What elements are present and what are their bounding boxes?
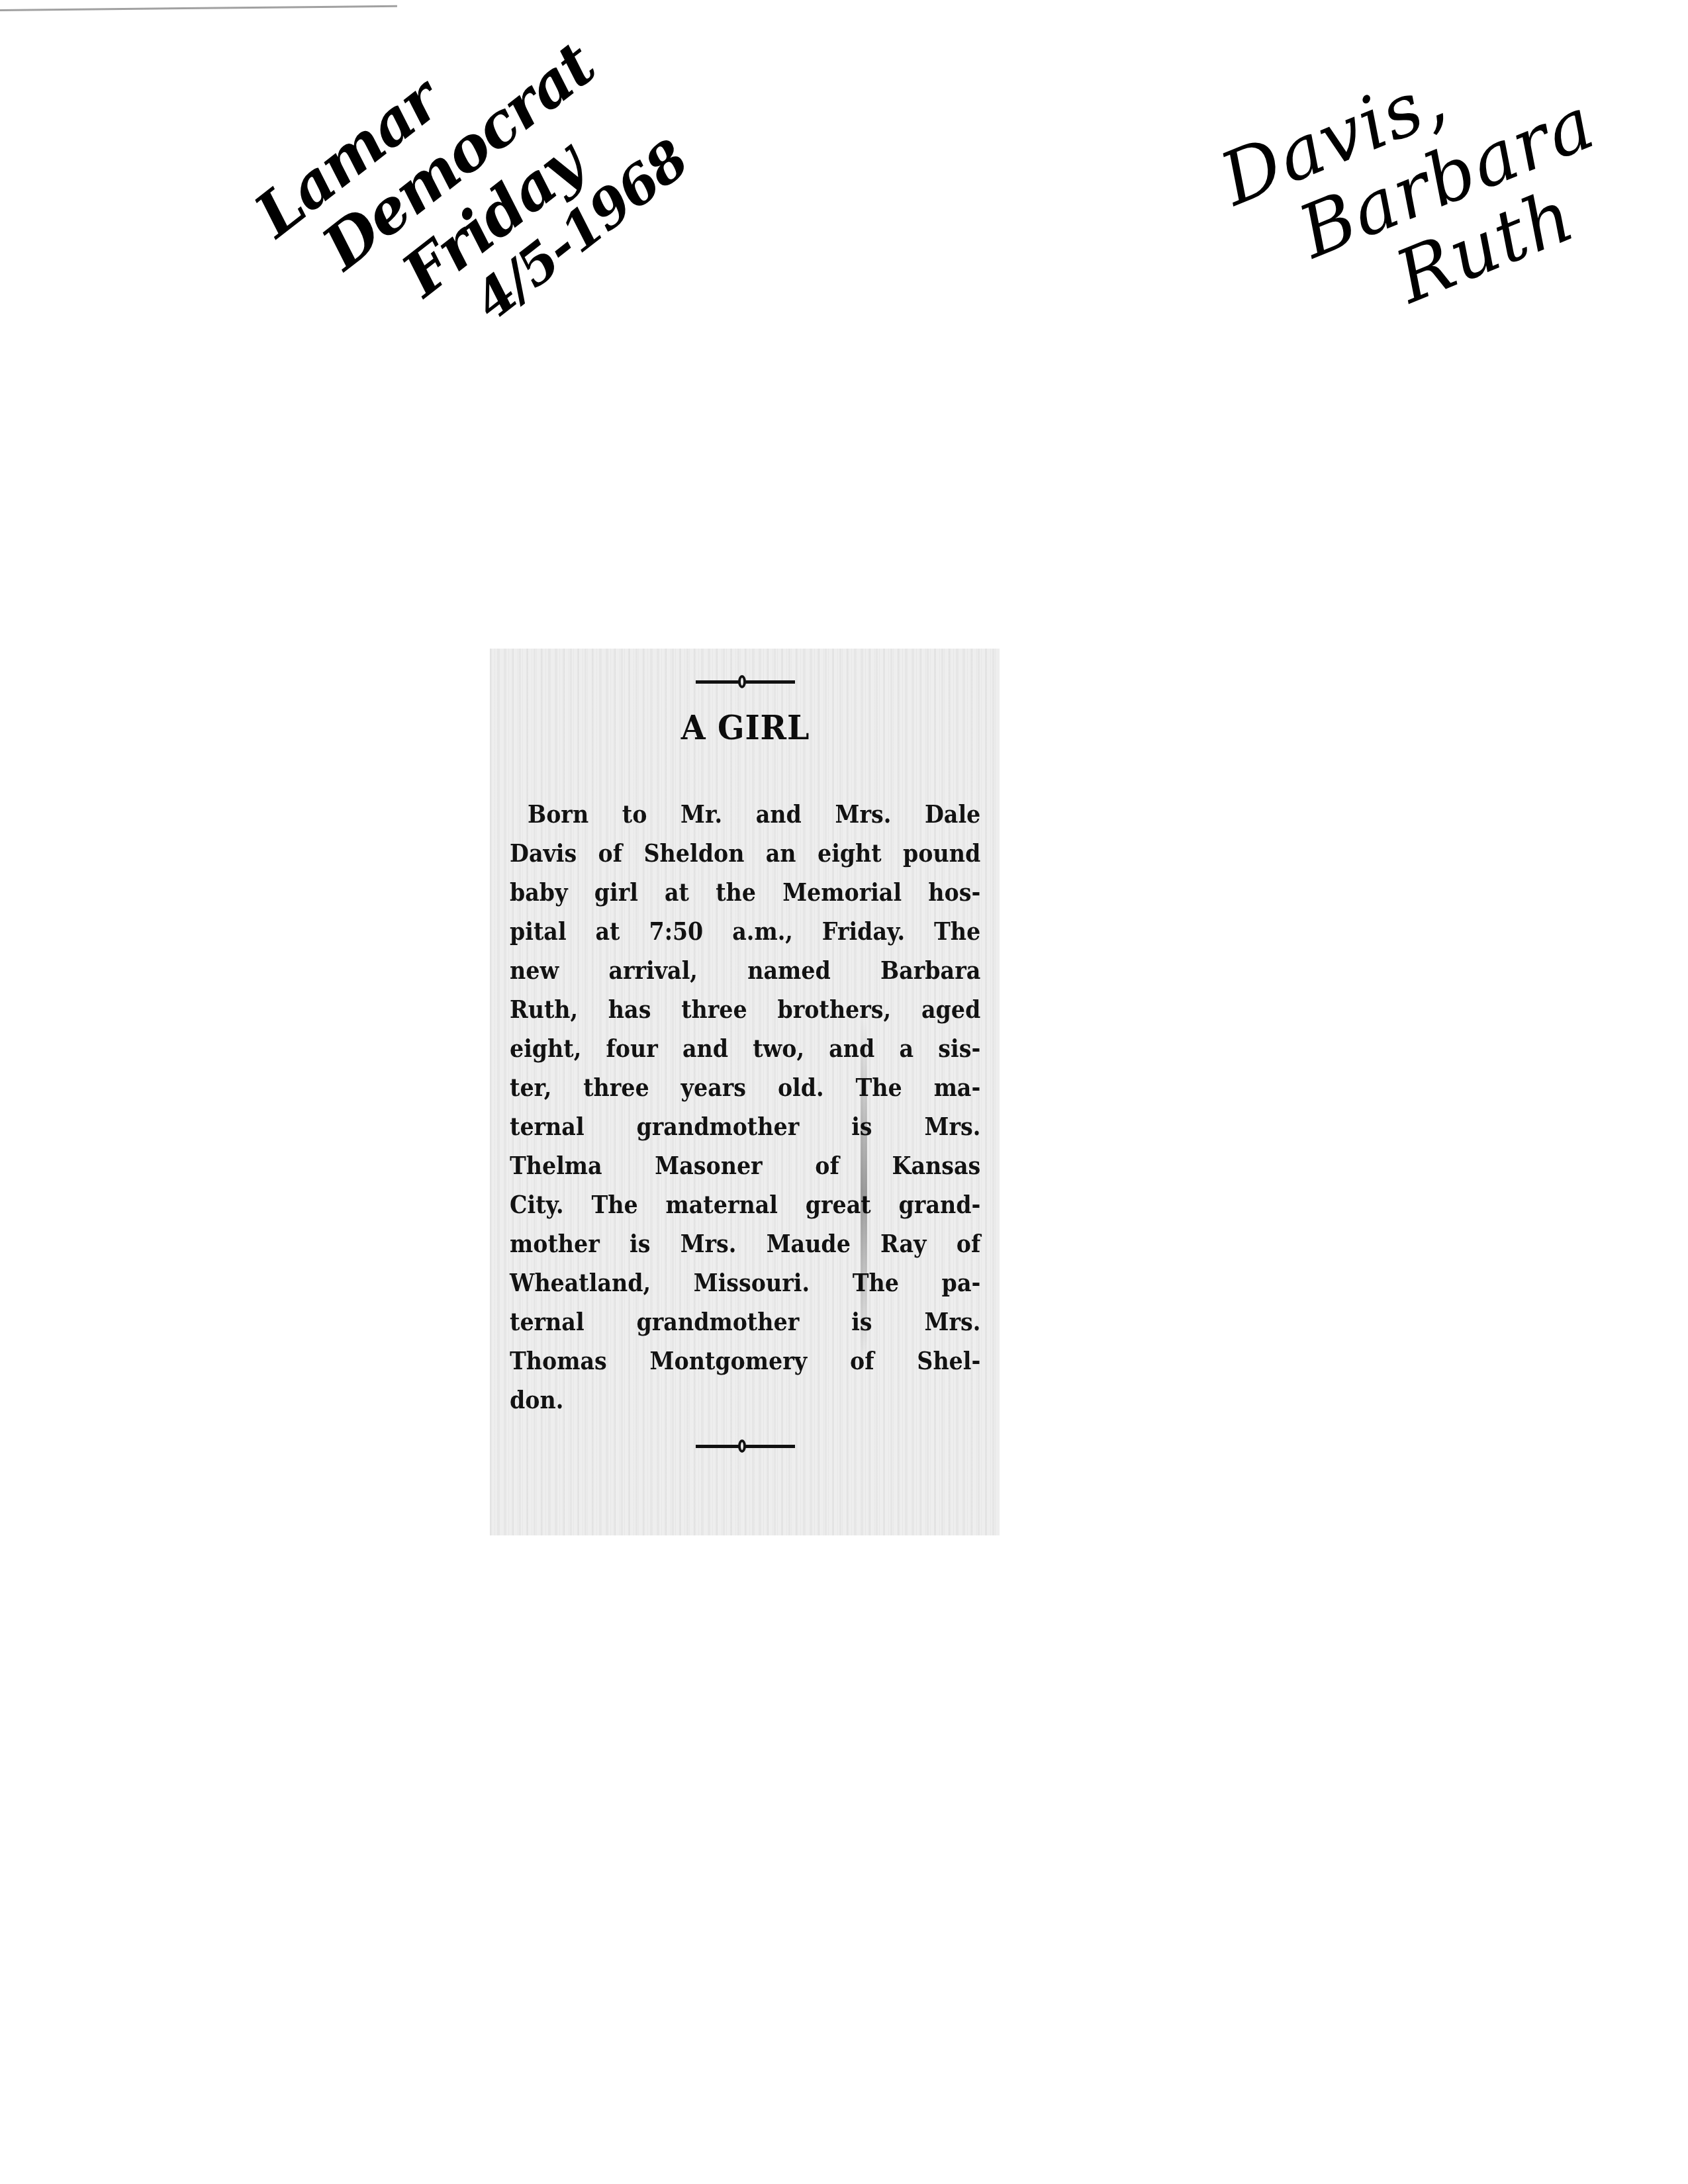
clipping-line: Thelma Masoner of Kansas <box>510 1146 980 1185</box>
clipping-line: new arrival, named Barbara <box>510 951 980 990</box>
clipping-line: Born to Mr. and Mrs. Dale <box>510 795 980 834</box>
clipping-line: Wheatland, Missouri. The pa- <box>510 1263 980 1302</box>
handwritten-source-note: Lamar Democrat Friday 4/5-1968 <box>245 0 696 402</box>
clipping-line: baby girl at the Memorial hos- <box>510 873 980 912</box>
clipping-line: Davis of Sheldon an eight pound <box>510 834 980 873</box>
clipping-line: eight, four and two, and a sis- <box>510 1029 980 1068</box>
clipping-body: Born to Mr. and Mrs. Dale Davis of Sheld… <box>510 795 981 1420</box>
clipping-line: Ruth, has three brothers, aged <box>510 990 980 1029</box>
clipping-line: Thomas Montgomery of Shel- <box>510 1342 980 1381</box>
clipping-line: pital at 7:50 a.m., Friday. The <box>510 912 980 951</box>
handwritten-name-note: Davis, Barbara Ruth <box>1211 13 1633 361</box>
ornament-divider-icon <box>696 675 795 688</box>
scan-edge-line <box>0 0 397 11</box>
ornament-divider-icon <box>696 1439 795 1453</box>
newspaper-clipping: A GIRL Born to Mr. and Mrs. Dale Davis o… <box>490 649 1000 1535</box>
clipping-line: don. <box>510 1381 980 1420</box>
clipping-line: mother is Mrs. Maude Ray of <box>510 1224 980 1263</box>
clipping-line: ter, three years old. The ma- <box>510 1068 980 1107</box>
clipping-headline: A GIRL <box>522 708 969 747</box>
clipping-line: City. The maternal great grand- <box>510 1185 980 1224</box>
clipping-line: ternal grandmother is Mrs. <box>510 1302 980 1342</box>
clipping-line: ternal grandmother is Mrs. <box>510 1107 980 1146</box>
